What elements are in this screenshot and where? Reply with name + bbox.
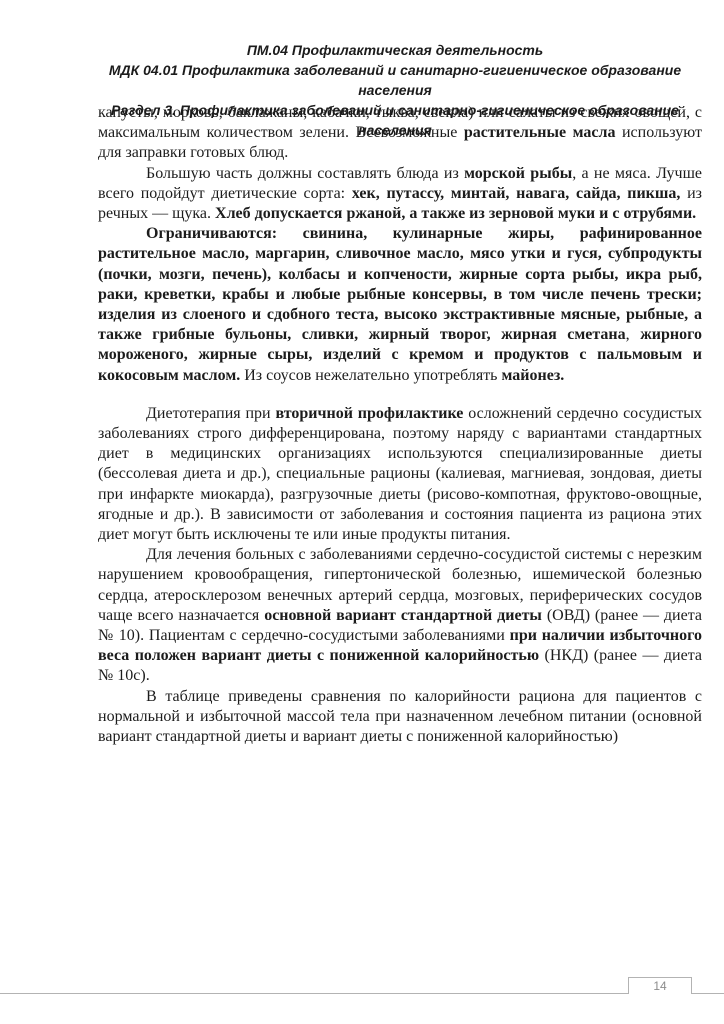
- text-run: ,: [626, 326, 641, 343]
- header-line-1: ПМ.04 Профилактическая деятельность: [88, 40, 702, 60]
- text-run: Из соусов нежелательно употреблять: [240, 367, 501, 384]
- bold-text-run: основной вариант стандартной диеты: [264, 607, 542, 624]
- document-page: ПМ.04 Профилактическая деятельность МДК …: [0, 0, 724, 1024]
- paragraph: Диетотерапия при вторичной профилактике …: [98, 404, 702, 545]
- text-run: Большую часть должны составлять блюда из: [146, 165, 464, 182]
- bold-text-run: майонез.: [501, 367, 564, 384]
- paragraph: Для лечения больных с заболеваниями серд…: [98, 545, 702, 686]
- bold-text-run: Ограничиваются: свинина, кулинарные жиры…: [98, 225, 702, 343]
- paragraph: Ограничиваются: свинина, кулинарные жиры…: [98, 224, 702, 386]
- document-body: капусты, морковь, баклажаны, кабачки, ты…: [98, 103, 702, 747]
- bold-text-run: хек, путассу, минтай, навага, сайда, пик…: [352, 185, 681, 202]
- footer-rule: [0, 993, 724, 994]
- paragraph: В таблице приведены сравнения по калорий…: [98, 687, 702, 748]
- text-run: Диетотерапия при: [146, 405, 275, 422]
- bold-text-run: морской рыбы: [464, 165, 572, 182]
- document-footer: 14: [0, 977, 724, 994]
- text-run: В таблице приведены сравнения по калорий…: [98, 688, 702, 745]
- bold-text-run: Хлеб допускается ржаной, а также из зерн…: [215, 205, 696, 222]
- bold-text-run: вторичной профилактике: [275, 405, 463, 422]
- page-number: 14: [653, 979, 666, 993]
- paragraph: капусты, морковь, баклажаны, кабачки, ты…: [98, 103, 702, 164]
- paragraph: Большую часть должны составлять блюда из…: [98, 164, 702, 225]
- bold-text-run: растительные масла: [464, 124, 616, 141]
- header-line-2: МДК 04.01 Профилактика заболеваний и сан…: [88, 60, 702, 100]
- page-number-tab: 14: [628, 977, 692, 994]
- text-run: осложнений сердечно сосудистых заболеван…: [98, 405, 702, 543]
